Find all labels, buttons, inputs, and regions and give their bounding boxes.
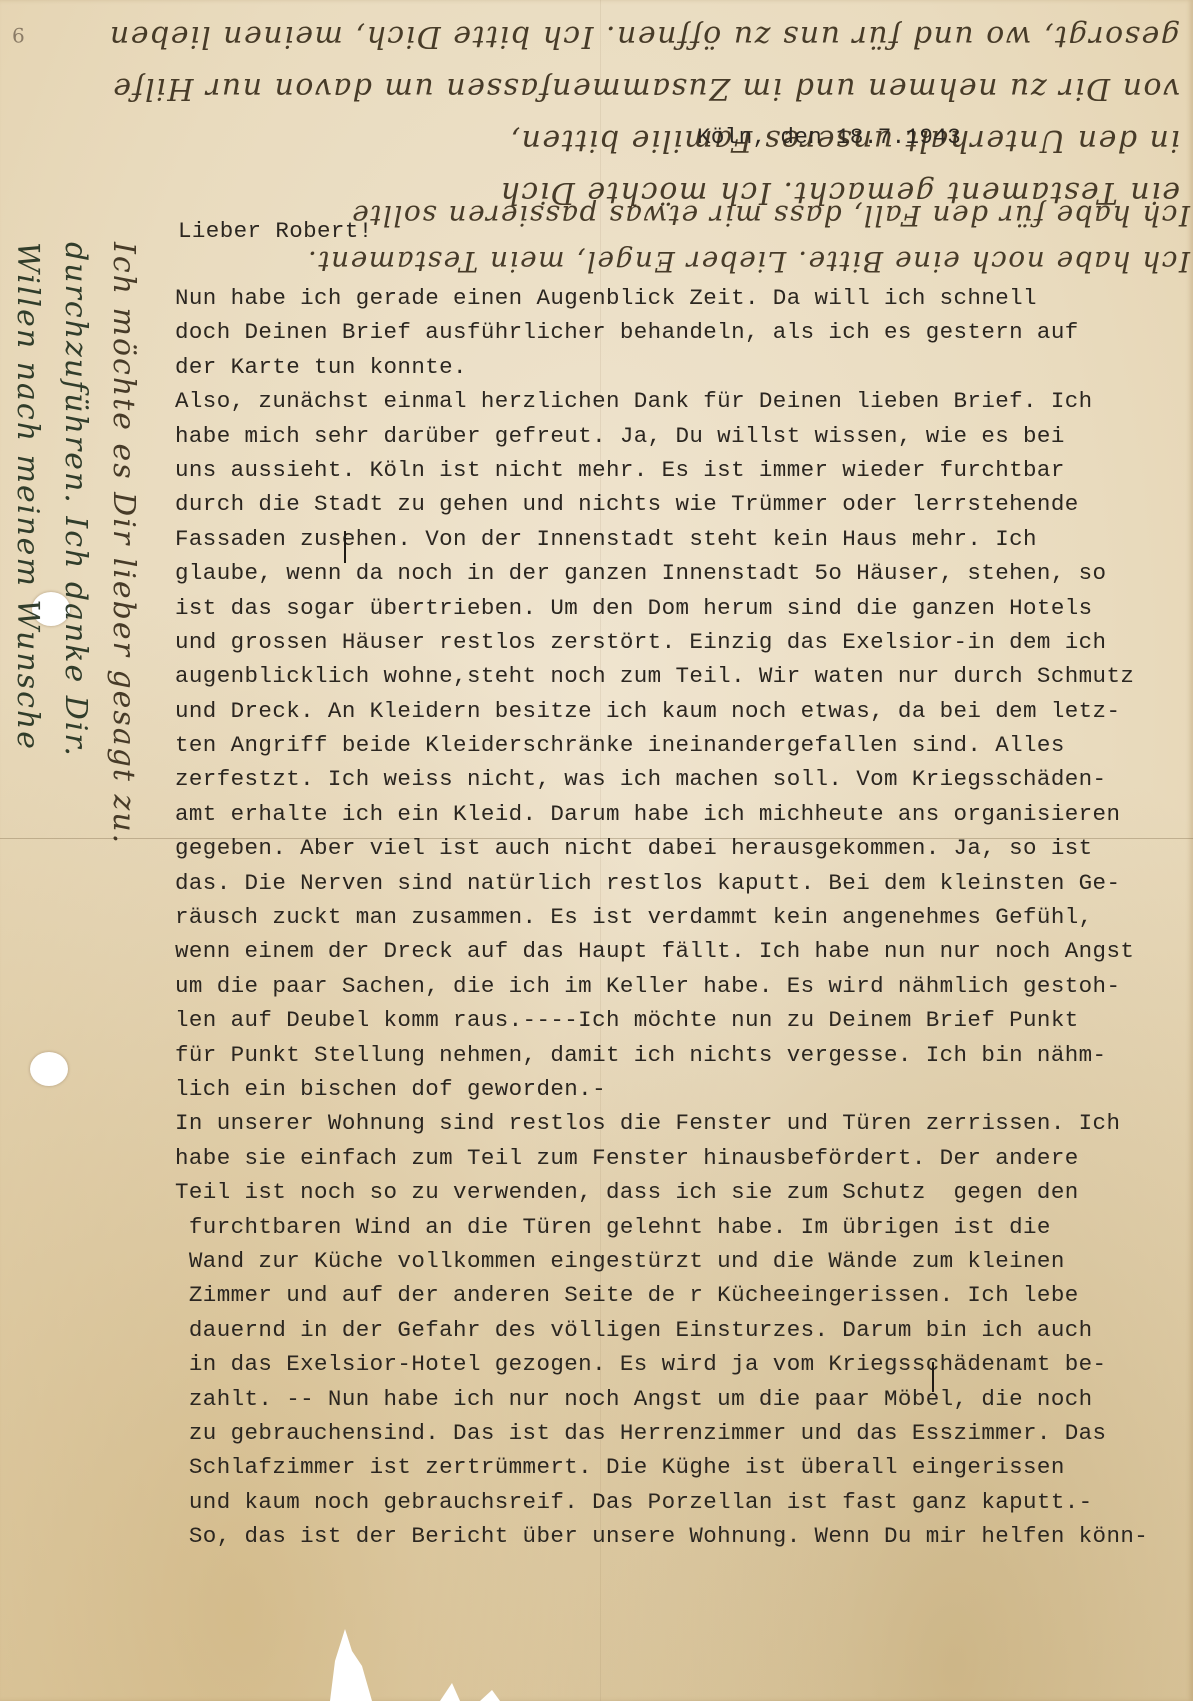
handwritten-note-middle: Ich habe noch eine Bitte. Lieber Engel, …	[390, 192, 1190, 284]
typed-line: furchtbaren Wind an die Türen gelehnt ha…	[175, 1210, 1195, 1244]
typed-line: In unserer Wohnung sind restlos die Fens…	[175, 1106, 1195, 1140]
typed-line: Teil ist noch so zu verwenden, dass ich …	[175, 1175, 1195, 1209]
typed-line: Zimmer und auf der anderen Seite de r Kü…	[175, 1278, 1195, 1312]
typed-line: um die paar Sachen, die ich im Keller ha…	[175, 969, 1195, 1003]
typed-line: uns aussieht. Köln ist nicht mehr. Es is…	[175, 453, 1195, 487]
dateline: Köln, den 18.7.1943	[697, 124, 961, 150]
letter-page: 9 ein Testament gemacht. Ich möchte Dich…	[0, 0, 1193, 1701]
greeting: Lieber Robert!	[178, 218, 373, 244]
punch-hole-lower	[30, 1052, 68, 1086]
typed-line: das. Die Nerven sind natürlich restlos k…	[175, 866, 1195, 900]
torn-bottom-edge	[0, 1591, 1200, 1701]
typed-line: und kaum noch gebrauchsreif. Das Porzell…	[175, 1485, 1195, 1519]
typed-line: dauernd in der Gefahr des völligen Einst…	[175, 1313, 1195, 1347]
typed-line: lich ein bischen dof geworden.-	[175, 1072, 1195, 1106]
typed-line: ist das sogar übertrieben. Um den Dom he…	[175, 591, 1195, 625]
typed-line: für Punkt Stellung nehmen, damit ich nic…	[175, 1038, 1195, 1072]
typed-line: und Dreck. An Kleidern besitze ich kaum …	[175, 694, 1195, 728]
typed-line: gegeben. Aber viel ist auch nicht dabei …	[175, 831, 1195, 865]
handwritten-line: Ich habe noch eine Bitte. Lieber Engel, …	[390, 238, 1190, 284]
typed-line: durch die Stadt zu gehen und nichts wie …	[175, 487, 1195, 521]
handwritten-line: Willen nach meinem Wunsche	[3, 242, 51, 942]
typed-line: amt erhalte ich ein Kleid. Darum habe ic…	[175, 797, 1195, 831]
typed-line: habe mich sehr darüber gefreut. Ja, Du w…	[175, 419, 1195, 453]
typed-line: in das Exelsior-Hotel gezogen. Es wird j…	[175, 1347, 1195, 1381]
typed-line: doch Deinen Brief ausführlicher behandel…	[175, 315, 1195, 349]
typed-line: Also, zunächst einmal herzlichen Dank fü…	[175, 384, 1195, 418]
typed-line: Schlafzimmer ist zertrümmert. Die Küghe …	[175, 1450, 1195, 1484]
typed-line: augenblicklich wohne,steht noch zum Teil…	[175, 659, 1195, 693]
handwritten-line: gesorgt, wo und für uns zu öffnen. Ich b…	[20, 10, 1180, 62]
typed-line: zu gebrauchensind. Das ist das Herrenzim…	[175, 1416, 1195, 1450]
typed-line: zahlt. -- Nun habe ich nur noch Angst um…	[175, 1382, 1195, 1416]
handwritten-line: in den Unterhalt unseres Familie bitten,	[20, 114, 1180, 166]
typed-line: und grossen Häuser restlos zerstört. Ein…	[175, 625, 1195, 659]
typed-line: zerfestzt. Ich weiss nicht, was ich mach…	[175, 762, 1195, 796]
ink-correction-mark	[344, 531, 346, 563]
handwritten-line: durchzuführen. Ich danke Dir.	[51, 242, 99, 942]
typed-line: der Karte tun konnte.	[175, 350, 1195, 384]
typed-line: Fassaden zusehen. Von der Innenstadt ste…	[175, 522, 1195, 556]
handwritten-line: Ich möchte es Dir lieber gesagt zu.	[99, 242, 147, 942]
typed-line: So, das ist der Bericht über unsere Wohn…	[175, 1519, 1195, 1553]
handwritten-note-top: ein Testament gemacht. Ich möchte Dich i…	[20, 10, 1180, 218]
typed-line: Nun habe ich gerade einen Augenblick Zei…	[175, 281, 1195, 315]
typed-line: len auf Deubel komm raus.----Ich möchte …	[175, 1003, 1195, 1037]
typed-line: wenn einem der Dreck auf das Haupt fällt…	[175, 934, 1195, 968]
typed-line: glaube, wenn da noch in der ganzen Innen…	[175, 556, 1195, 590]
typed-line: räusch zuckt man zusammen. Es ist verdam…	[175, 900, 1195, 934]
typed-line: habe sie einfach zum Teil zum Fenster hi…	[175, 1141, 1195, 1175]
handwritten-line: von Dir zu nehmen und im Zusammenfassen …	[20, 62, 1180, 114]
handwritten-line: Ich habe für den Fall, dass mir etwas pa…	[390, 192, 1190, 238]
ink-correction-mark	[932, 1362, 934, 1392]
handwritten-note-left-margin: Ich möchte es Dir lieber gesagt zu. durc…	[3, 242, 147, 942]
letter-body: Nun habe ich gerade einen Augenblick Zei…	[175, 281, 1195, 1553]
typed-line: Wand zur Küche vollkommen eingestürzt un…	[175, 1244, 1195, 1278]
typed-line: ten Angriff beide Kleiderschränke ineina…	[175, 728, 1195, 762]
